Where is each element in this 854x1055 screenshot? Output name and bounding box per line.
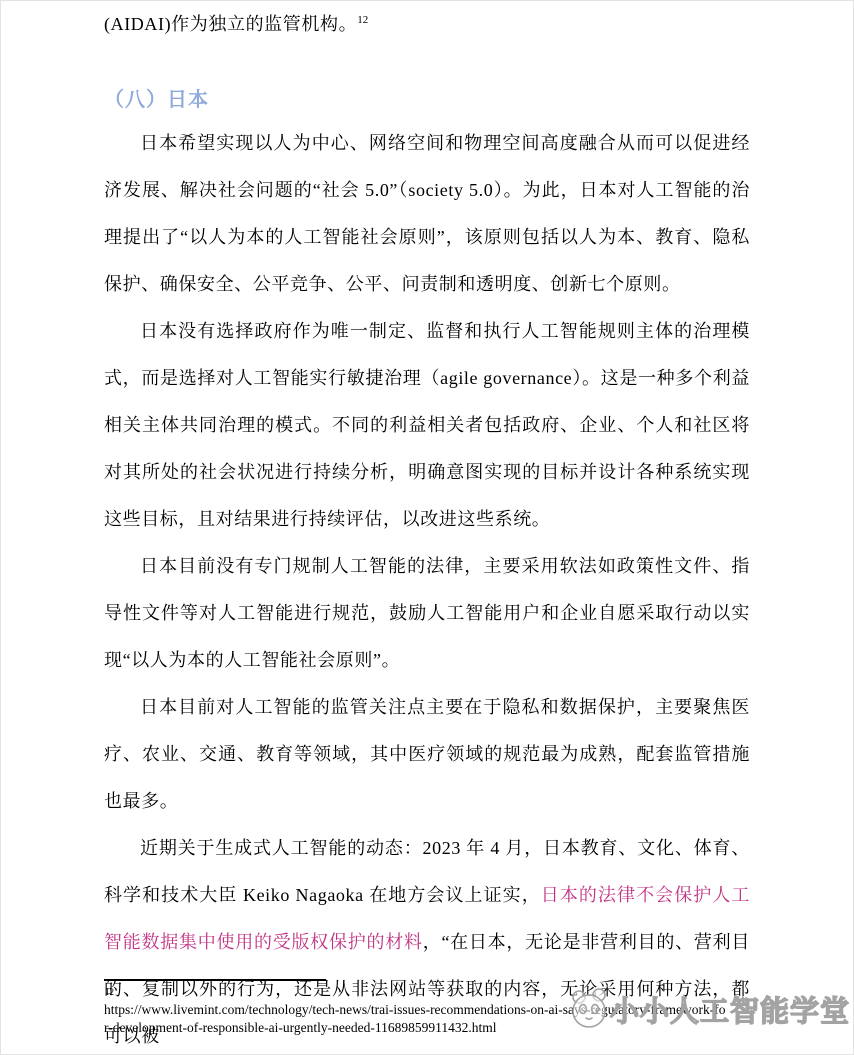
paragraph: 日本目前没有专门规制人工智能的法律，主要采用软法如政策性文件、指导性文件等对人工… (104, 543, 750, 684)
paragraph: 日本没有选择政府作为唯一制定、监督和执行人工智能规则主体的治理模式，而是选择对人… (104, 308, 750, 543)
document-page: (AIDAI)作为独立的监管机构。12 （八）日本 日本希望实现以人为中心、网络… (0, 0, 854, 1055)
footnote-number: 12 (105, 986, 752, 998)
footnote-url-line1: https://www.livemint.com/technology/tech… (104, 1002, 725, 1017)
paragraph-text: 日本目前对人工智能的监管关注点主要在于隐私和数据保护，主要聚焦医疗、农业、交通、… (104, 697, 750, 811)
footnote-url-line2: r-development-of-responsible-ai-urgently… (104, 1020, 497, 1035)
paragraph-text: 日本没有选择政府作为唯一制定、监督和执行人工智能规则主体的治理模式，而是选择对人… (104, 321, 750, 529)
paragraph: 日本希望实现以人为中心、网络空间和物理空间高度融合从而可以促进经济发展、解决社会… (104, 120, 750, 308)
footnote-reference: 12 (357, 14, 368, 26)
footnote-separator (104, 979, 326, 981)
paragraph: 日本目前对人工智能的监管关注点主要在于隐私和数据保护，主要聚焦医疗、农业、交通、… (104, 684, 750, 825)
continuation-text: (AIDAI)作为独立的监管机构。 (104, 14, 357, 34)
footnote-url: https://www.livemint.com/technology/tech… (104, 1001, 752, 1037)
footnote-area: 12 https://www.livemint.com/technology/t… (104, 979, 752, 1037)
page-body: (AIDAI)作为独立的监管机构。12 （八）日本 日本希望实现以人为中心、网络… (104, 1, 750, 1055)
paragraph-continuation: (AIDAI)作为独立的监管机构。12 (104, 1, 750, 48)
paragraph-text: 日本希望实现以人为中心、网络空间和物理空间高度融合从而可以促进经济发展、解决社会… (104, 133, 750, 294)
paragraph-text: 日本目前没有专门规制人工智能的法律，主要采用软法如政策性文件、指导性文件等对人工… (104, 556, 750, 670)
section-heading: （八）日本 (104, 86, 750, 114)
